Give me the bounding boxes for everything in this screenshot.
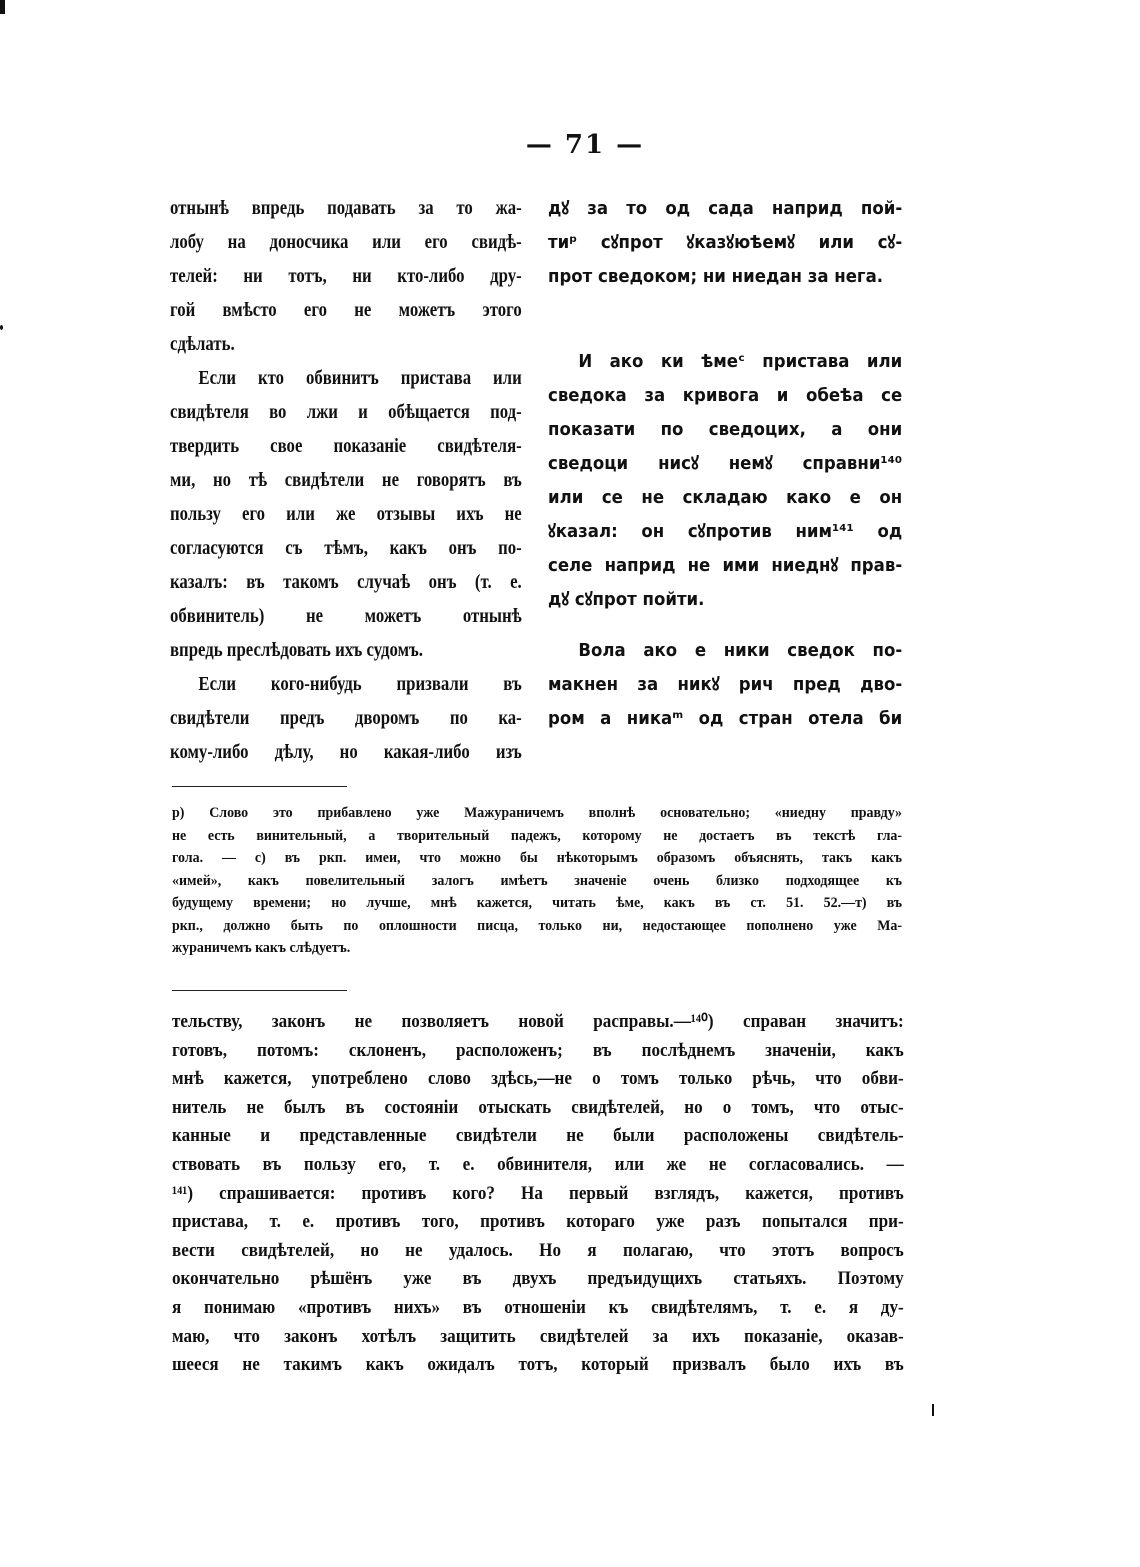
paragraph-gap: [548, 617, 902, 634]
right-paragraph-start: Вола ако е ники сведок по-: [548, 634, 902, 668]
commentary-line: маю, что законъ хотѣлъ защитить свидѣтел…: [172, 1323, 904, 1352]
footnote-line: ркп., должно быть по оплошности писца, т…: [172, 915, 902, 938]
left-column-russian-translation: отнынѣ впредь подавать за то жа- лобу на…: [170, 192, 522, 770]
footnote-line: «имей», какъ повелительный залогъ имѣетъ…: [172, 870, 902, 893]
left-line: телей: ни тотъ, ни кто-либо дру-: [170, 260, 522, 294]
commentary-line: мнѣ кажется, употреблено слово здѣсь,—не…: [172, 1065, 904, 1094]
commentary-line: шееся не такимъ какъ ожидалъ тотъ, котор…: [172, 1351, 904, 1380]
paragraph-gap: [548, 294, 902, 328]
left-line: согласуются съ тѣмъ, какъ онъ по-: [170, 532, 522, 566]
right-column-original-text: дꙋ за то од сада наприд пой- тиᵖ сꙋпрот …: [548, 192, 902, 736]
commentary-line: нитель не былъ въ состояніи отыскать сви…: [172, 1094, 904, 1123]
commentary-line: ствовать въ пользу его, т. е. обвинителя…: [172, 1151, 904, 1180]
left-line: гой вмѣсто его не можетъ этого: [170, 294, 522, 328]
footnotes-block: р) Слово это прибавлено уже Мажураничемъ…: [172, 802, 902, 960]
left-line: сдѣлать.: [170, 328, 522, 362]
footnote-line: будущему времени; но лучше, мнѣ кажется,…: [172, 892, 902, 915]
right-line: дꙋ за то од сада наприд пой-: [548, 192, 902, 226]
left-line: пользу его или же отзывы ихъ не: [170, 498, 522, 532]
right-line: тиᵖ сꙋпрот ꙋказꙋюѣемꙋ или сꙋ-: [548, 226, 902, 260]
commentary-line: ¹⁴¹) спрашивается: противъ кого? На перв…: [172, 1180, 904, 1209]
right-line: макнен за никꙋ рич пред дво-: [548, 668, 902, 702]
footnote-line: жураничемъ какъ слѣдуетъ.: [172, 937, 902, 960]
left-line: обвинитель) не можетъ отнынѣ: [170, 600, 522, 634]
right-line: ром а никаᵐ од стран отела би: [548, 702, 902, 736]
right-line: селе наприд не ими ниеднꙋ прав-: [548, 549, 902, 583]
footnote-rule: [172, 786, 347, 787]
commentary-line: тельству, законъ не позволяетъ новой рас…: [172, 1008, 904, 1037]
left-line: казалъ: въ такомъ случаѣ онъ (т. е.: [170, 566, 522, 600]
footnote-line: р) Слово это прибавлено уже Мажураничемъ…: [172, 802, 902, 825]
left-line: ми, но тѣ свидѣтели не говорятъ въ: [170, 464, 522, 498]
commentary-block: тельству, законъ не позволяетъ новой рас…: [172, 1008, 904, 1380]
left-line: лобу на доносчика или его свидѣ-: [170, 226, 522, 260]
scan-mark: [0, 0, 5, 14]
left-line: свидѣтели предъ дворомъ по ка-: [170, 702, 522, 736]
commentary-line: я понимаю «противъ нихъ» въ отношеніи къ…: [172, 1294, 904, 1323]
left-line: кому-либо дѣлу, но какая-либо изъ: [170, 736, 522, 770]
left-line: твердить свое показаніе свидѣтеля-: [170, 430, 522, 464]
left-line: отнынѣ впредь подавать за то жа-: [170, 192, 522, 226]
scan-mark: [932, 1404, 934, 1416]
left-line: свидѣтеля во лжи и обѣщается под-: [170, 396, 522, 430]
left-paragraph-start: Если кто обвинитъ пристава или: [170, 362, 522, 396]
footnote-line: не есть винительный, а творительный паде…: [172, 825, 902, 848]
commentary-line: готовъ, потомъ: склоненъ, расположенъ; в…: [172, 1037, 904, 1066]
commentary-line: канные и представленные свидѣтели не был…: [172, 1122, 904, 1151]
commentary-line: пристава, т. е. противъ того, противъ ко…: [172, 1208, 904, 1237]
commentary-rule: [172, 990, 347, 991]
right-line: сведока за кривога и обеѣа се: [548, 379, 902, 413]
right-line: прот сведоком; ни ниедан за нега.: [548, 260, 902, 294]
right-line: или се не складаю како е он: [548, 481, 902, 515]
left-line: впредь преслѣдовать ихъ судомъ.: [170, 634, 522, 668]
footnote-line: гола. — с) въ ркп. имеи, что можно бы нѣ…: [172, 847, 902, 870]
right-line: показати по сведоцих, а они: [548, 413, 902, 447]
page-number: — 71 —: [0, 130, 1140, 160]
scan-mark: [0, 325, 3, 330]
right-line: сведоци нисꙋ немꙋ справни¹⁴⁰: [548, 447, 902, 481]
paragraph-gap: [548, 328, 902, 345]
right-paragraph-start: И ако ки ѣмеᶜ пристава или: [548, 345, 902, 379]
left-paragraph-start: Если кого-нибудь призвали въ: [170, 668, 522, 702]
right-line: дꙋ сꙋпрот пойти.: [548, 583, 902, 617]
commentary-line: окончательно рѣшёнъ уже въ двухъ предъид…: [172, 1265, 904, 1294]
right-line: ꙋказал: он сꙋпротив ним¹⁴¹ од: [548, 515, 902, 549]
commentary-line: вести свидѣтелей, но не удалось. Но я по…: [172, 1237, 904, 1266]
